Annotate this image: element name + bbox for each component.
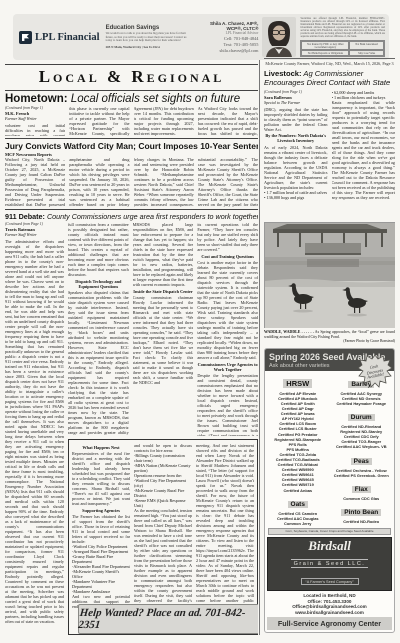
ad-disclosure-text: Securities are offered through LPL Finan…: [300, 17, 385, 39]
body-text: volunteer cost and initial difficulties …: [5, 123, 65, 137]
debate-right-area: full commission from a committee is poss…: [68, 222, 258, 636]
hometown-col-4: As Watford City looks toward the next de…: [198, 106, 258, 136]
column-divider: [259, 60, 260, 635]
body-text: As the meeting concluded, tension remain…: [134, 508, 192, 613]
seed-variety: Certified Anbas: [267, 488, 329, 493]
lpl-brand: LPL Financial: [17, 31, 102, 44]
left-section: Local & Regional Hometown: Local officia…: [5, 62, 258, 639]
agency-item: -Keene EMS (Quick Response Unit): [134, 498, 192, 508]
debate-body: (Continued from Page 1) Travis Bateman F…: [5, 222, 258, 636]
divider: [5, 64, 258, 65]
body-text: Kautz emphasized that while transparency…: [332, 100, 396, 200]
body-text: (DRC), arguing that the state has improp…: [264, 107, 328, 132]
agency-item: -Watford City Fire Department (city): [134, 478, 192, 488]
agronomy-center-banner: Full-Service Agronomy Center: [267, 617, 392, 630]
livestock-kicker: Livestock:: [264, 69, 302, 78]
livestock-headline: Livestock: Ag Commissioner Encourages Di…: [264, 69, 395, 87]
agency-item: -McKenzie County Sheriff's Office: [72, 569, 130, 579]
seed-variety: Common Jerry: [267, 521, 329, 526]
help-wanted-ad: Help Wanted? Place an ad. 701-842-2351: [78, 604, 258, 634]
subhead-dispatch-technology: Dispatch Technology and Equipment Questi…: [68, 279, 129, 289]
divider: [5, 209, 258, 210]
livestock-byline-title: Special to The Farmer: [264, 100, 328, 105]
birdsall-logo-name: Birdsall: [268, 539, 391, 552]
body-text: Cost is another major factor in the deba…: [197, 260, 258, 360]
advisor-photo: [262, 17, 296, 57]
continued-note: (Continued from Page 1): [5, 222, 64, 226]
continued-note: (Continued from Page 1): [5, 106, 65, 110]
livestock-col-1: (Continued from Page 1) Sara Ballerson S…: [264, 90, 328, 220]
category-flax: Flax: [352, 486, 371, 493]
subhead-supporting-agencies: Supporting Agencies: [72, 508, 130, 513]
category-peas: Peas: [351, 458, 372, 465]
subhead-work-together: Commissioners Urge Agencies to Work Toge…: [197, 362, 258, 372]
photo-credit: (Farmer Photo by Grace Bonstead): [264, 339, 395, 344]
birdsall-seed-ad: Spring 2026 Seed Available Ask about oth…: [264, 348, 395, 634]
body-text: its current operations told the Farmer, …: [197, 222, 258, 252]
hometown-col-3: Agreement (JPA) for debt buydown over 14…: [134, 106, 194, 136]
seed-variety: Certified Haymaker Forage: [331, 401, 393, 406]
geese-photo: [264, 222, 395, 328]
body-text: full commission from a committee is poss…: [68, 222, 129, 277]
livestock-col-2: • 62,000 sheep and lambs • 1 million chi…: [332, 90, 396, 220]
hometown-byline-title: Farmer Staff Writer: [5, 116, 65, 121]
hometown-col-2: this phase is currently one capital init…: [69, 106, 129, 136]
category-oats: Oats: [288, 501, 308, 508]
seed-variety: Registered ND-Stampede: [267, 437, 329, 442]
body-text: meeting. And one last statement showed r…: [196, 443, 254, 608]
cash-discount-badge-icon: Cash Discounts Available!: [358, 355, 392, 389]
disclosure-cell: May Lose Value: [349, 50, 384, 56]
jury-body: Watford City, North Dakota – Following a…: [5, 157, 258, 207]
body-text: MRSODS placed large responsibilities on …: [133, 222, 194, 287]
subhead-state-dispatch-center: Inside the State Dispatch Center: [133, 289, 194, 294]
inset-col-1: What Happens Next Representatives of the…: [72, 443, 130, 631]
photo-caption: WADDLE, WADDLE . . . . . . As Spring app…: [264, 330, 395, 344]
jury-col-3: felony charges in Montana. The trial and…: [134, 157, 194, 207]
seed-variety: Common CDC Glas: [331, 496, 393, 501]
body-text: As of early 2024, North Dakota remains a…: [264, 145, 328, 190]
divider: [5, 138, 258, 139]
seed-col-left: HRSW Certified AP Elevate Certified AP M…: [267, 373, 329, 526]
body-text: The Farmer has obtained the list of supp…: [72, 514, 130, 544]
ad-body-text: We would love to talk to you about the b…: [106, 32, 194, 43]
subhead-cost-training: Cost and Training Questions: [197, 254, 258, 259]
ad-education-block: Education Savings We would love to talk …: [106, 25, 194, 49]
livestock-body: (Continued from Page 1) Sara Ballerson S…: [264, 90, 395, 220]
body-text: County commission chairman Howdy Lawlar …: [133, 295, 194, 385]
seed-variety: Certified PS Greenbok- Green: [331, 473, 393, 478]
birdsall-website: www.birdsallgrainandseed.com: [265, 610, 394, 616]
masthead-line: McKenzie County Farmer, Watford City, ND…: [264, 58, 395, 66]
hometown-col-1: (Continued from Page 1) M.K. French Farm…: [5, 106, 65, 136]
seed-extra-strip: Corn, Soybeans, Canola, Cover Crops and …: [268, 528, 391, 535]
advisor-contact-block: Shila A. Chavez, AIF®, WCP®, CLTC® LPL F…: [198, 21, 259, 53]
birdsall-contact: Located in Berthold, ND Office: 701.453.…: [265, 593, 394, 615]
caption-lead: WADDLE, WADDLE . . . . . .: [264, 330, 314, 334]
seed-variety: Certified Orchestra - Yellow: [331, 468, 393, 473]
seed-col-right: Barley Certified AAC Synergy Certified N…: [331, 373, 393, 526]
category-hrsw: HRSW: [283, 379, 312, 388]
jury-headline: Jury Convicts Watford City Man; Court Im…: [5, 141, 258, 151]
lpl-financial-ad: LPL Financial Education Savings We would…: [13, 14, 389, 60]
body-text: The administrative efforts and oversight…: [5, 239, 64, 624]
hometown-headline: Hometown: Local officials set sights on …: [5, 93, 258, 105]
agency-item: -Billings County (commission chair term): [134, 453, 192, 463]
subhead-what-happens-next: What Happens Next: [72, 445, 130, 450]
jury-col-2: amphetamine and drug paraphernalia while…: [69, 157, 129, 207]
advisor-text-phone: Text: 701-405-5055: [198, 42, 259, 47]
body-text: Speakers also disputed claims that commu…: [68, 290, 129, 436]
debate-headline: 911 Debate: County Commissioners urge ar…: [5, 212, 258, 221]
ad-disclosure-table: Not Insured by FDIC or Any Other Governm…: [300, 40, 385, 57]
debate-col-1: (Continued from Page 1) Travis Bateman F…: [5, 222, 64, 636]
section-title: Local & Regional: [5, 67, 258, 88]
birdsall-tagline: “A Farmer's Seed Company”: [301, 578, 359, 585]
debate-kicker: 911 Debate:: [5, 212, 45, 221]
debate-headline-rest: County Commissioners urge area first res…: [45, 212, 258, 221]
disclosure-cell: Not Bank Guaranteed: [349, 41, 384, 50]
ad-address: 205 N Main, Watford City | See Us First: [106, 45, 194, 49]
advisor-email: shila.chavez@lpl.com: [198, 48, 259, 53]
newspaper-page: LPL Financial Education Savings We would…: [0, 0, 400, 643]
subhead-by-the-numbers: By the Numbers: North Dakota's Livestock…: [264, 133, 328, 143]
debate-columns: full commission from a committee is poss…: [68, 222, 258, 436]
debate-col-4: its current operations told the Farmer, …: [197, 222, 258, 436]
jury-col-1: Watford City, North Dakota – Following a…: [5, 157, 65, 207]
livestock-stat: • 136,000 hogs and pigs: [264, 195, 328, 200]
agency-item: -MHA Nation (McKenzie County portion): [134, 463, 192, 473]
hometown-headline-rest: Local officials set sights on future: [68, 93, 241, 105]
inset-col-3: meeting. And one last statement showed r…: [196, 443, 254, 631]
livestock-stat: • 1.7 million head of cattle and calves: [264, 190, 328, 195]
seed-ad-header: Spring 2026 Seed Available Ask about oth…: [265, 349, 394, 371]
body-text: Representatives of the rural fire distri…: [72, 451, 130, 506]
jury-col-4: substantial accountability.” The case wa…: [198, 157, 258, 207]
badge-line: Available!: [367, 372, 385, 380]
agency-item: -Mandaree Volunteer Fire Department: [72, 579, 130, 589]
debate-byline-title: Farmer Staff Writer: [5, 232, 64, 237]
body-text: and would be open to discuss contracts f…: [134, 443, 192, 453]
right-section: McKenzie County Farmer, Watford City, ND…: [264, 58, 395, 633]
disclosure-cell: Not Bank Deposits or Obligations: [301, 50, 349, 56]
birdsall-logo-sub: Grain & Seed LLC.: [291, 559, 369, 568]
continued-note: (Continued from Page 1): [264, 90, 328, 94]
seed-variety: Certified ND-Rodeo: [331, 519, 393, 524]
category-durum: Durum: [348, 414, 375, 421]
lpl-logo-icon: [19, 31, 32, 44]
divider: [5, 90, 258, 91]
help-wanted-text: Help Wanted? Place an ad. 701-842-2351: [78, 607, 258, 631]
agency-item: -McKenzie County Rural Fire District: [134, 488, 192, 498]
hometown-body: (Continued from Page 1) M.K. French Farm…: [5, 106, 258, 136]
birdsall-logo: Birdsall Grain & Seed LLC. “A Farmer's S…: [267, 537, 392, 591]
advisor-cell-phone: Cell: 701-848-4844: [198, 36, 259, 41]
advisor-title: LPL Financial Advisor: [198, 31, 259, 35]
body-text: Despite the lengthy presentation and con…: [197, 373, 258, 436]
lpl-brand-name: LPL Financial: [35, 32, 99, 43]
seed-variety-lists: HRSW Certified AP Elevate Certified AP M…: [265, 371, 394, 526]
cash-discount-badge-text: Cash Discounts Available!: [355, 352, 395, 392]
category-pinto-bean: Pinto Bean: [341, 509, 381, 516]
hometown-kicker: Hometown:: [5, 93, 68, 105]
agency-item: -Grassy Butte Rural Fire Department: [72, 554, 130, 564]
seed-variety: Certified AAC Weyburn- VB: [331, 444, 393, 449]
debate-col-3: MRSODS placed large responsibilities on …: [133, 222, 194, 436]
ad-disclosure-block: Securities are offered through LPL Finan…: [300, 17, 385, 57]
debate-col-2: full commission from a committee is poss…: [68, 222, 129, 436]
disclosure-cell: Not Insured by FDIC or Any Other Governm…: [301, 41, 349, 50]
inset-col-2: and would be open to discuss contracts f…: [134, 443, 192, 631]
advisor-name: Shila A. Chavez, AIF®, WCP®, CLTC®: [198, 21, 259, 31]
